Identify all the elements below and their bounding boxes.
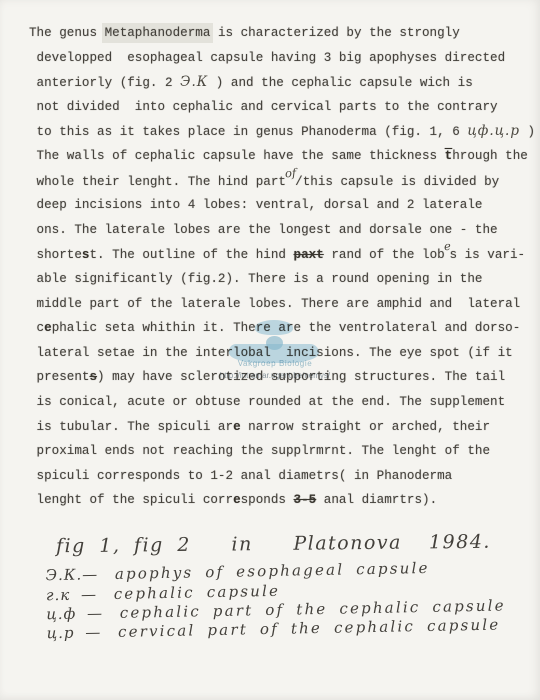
legend-abbr: Э.К.— [45,565,109,584]
legend-text: cephalic capsule [114,582,281,603]
legend-text: apophys of esophageal capsule [115,559,430,583]
legend-abbr: г.к — [46,585,108,604]
legend-abbr: ц.ф — [46,604,114,623]
handwritten-legend: Э.К.— apophys of esophageal capsuleг.к —… [0,0,540,700]
document-page: The genus Metaphanoderma is characterize… [0,0,540,700]
legend-abbr: ц.р — [46,623,112,642]
legend-item: Э.К.— apophys of esophageal capsule [45,559,429,584]
